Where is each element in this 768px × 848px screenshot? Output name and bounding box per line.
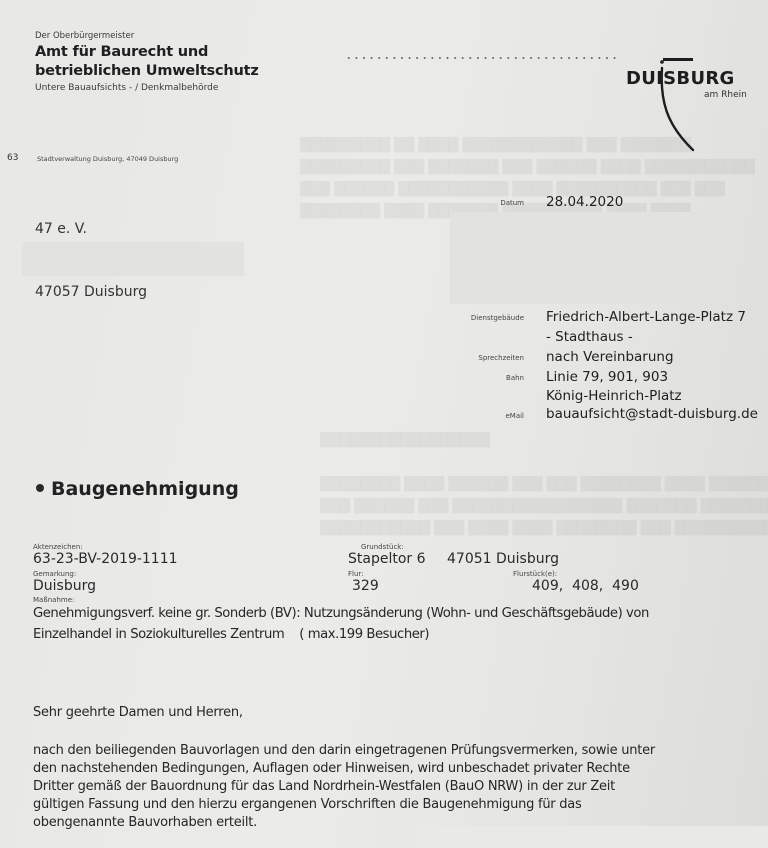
measure-line2: Einzelhandel in Soziokulturelles Zentrum… xyxy=(33,626,429,644)
file-number-label: Aktenzeichen: xyxy=(33,543,83,551)
property-city: 47051 Duisburg xyxy=(447,551,559,567)
redacted-footer xyxy=(420,826,768,848)
paragraph-line: nach den beiliegenden Bauvorlagen und de… xyxy=(33,742,655,760)
measure-label: Maßnahme: xyxy=(33,596,74,604)
date-label: Datum xyxy=(434,199,524,207)
salutation: Sehr geehrte Damen und Herren, xyxy=(33,704,243,722)
property-label: Grundstück: xyxy=(361,543,404,551)
property-street: Stapeltor 6 xyxy=(348,551,426,567)
paragraph-line: den nachstehenden Bedingungen, Auflagen … xyxy=(33,760,630,778)
dotted-line xyxy=(345,57,618,59)
info-hours: nach Vereinbarung xyxy=(546,349,674,365)
info-label-email: eMail xyxy=(434,412,524,420)
office-name-line1: Amt für Baurecht und xyxy=(35,44,208,60)
recipient-name: 47 e. V. xyxy=(35,221,87,237)
paragraph-line: gültigen Fassung und den hierzu ergangen… xyxy=(33,796,582,814)
department-label: Untere Bauaufsichts - / Denkmalbehörde xyxy=(35,83,218,93)
file-number: 63-23-BV-2019-1111 xyxy=(33,551,178,567)
bullet-icon xyxy=(36,484,44,492)
document-title: Baugenehmigung xyxy=(36,478,239,500)
authority-label: Der Oberbürgermeister xyxy=(35,31,134,41)
parcels-value: 409, 408, 490 xyxy=(532,578,639,594)
flur-value: 329 xyxy=(352,578,379,594)
paragraph-line: obengenannte Bauvorhaben erteilt. xyxy=(33,814,257,832)
office-code: 63 xyxy=(7,153,18,163)
logo-wordmark: DUISBURG xyxy=(626,68,735,89)
info-label-building: Dienstgebäude xyxy=(434,314,524,322)
office-name-line2: betrieblichen Umweltschutz xyxy=(35,63,259,79)
info-label-hours: Sprechzeiten xyxy=(434,354,524,362)
district: Duisburg xyxy=(33,578,96,594)
date-value: 28.04.2020 xyxy=(546,194,623,210)
info-building-line2: - Stadthaus - xyxy=(546,329,633,345)
info-email[interactable]: bauaufsicht@stadt-duisburg.de xyxy=(546,406,758,422)
logo-subtitle: am Rhein xyxy=(704,90,747,100)
info-label-train: Bahn xyxy=(434,374,524,382)
redacted-contact xyxy=(450,212,698,304)
flur-label: Flur: xyxy=(348,570,364,578)
measure-line1: Genehmigungsverf. keine gr. Sonderb (BV)… xyxy=(33,605,649,623)
paragraph-line: Dritter gemäß der Bauordnung für das Lan… xyxy=(33,778,615,796)
recipient-city: 47057 Duisburg xyxy=(35,284,147,300)
return-address: Stadtverwaltung Duisburg, 47049 Duisburg xyxy=(37,155,178,163)
parcels-label: Flurstück(e): xyxy=(513,570,557,578)
show-through-text-2: █████████████████████████ ████ ██████ ██… xyxy=(320,430,768,540)
info-train-line2: König-Heinrich-Platz xyxy=(546,388,682,404)
info-building-line1: Friedrich-Albert-Lange-Platz 7 xyxy=(546,309,746,325)
document-title-text: Baugenehmigung xyxy=(51,478,239,500)
redacted-street xyxy=(22,242,244,276)
info-train-line1: Linie 79, 901, 903 xyxy=(546,369,668,385)
district-label: Gemarkung: xyxy=(33,570,76,578)
